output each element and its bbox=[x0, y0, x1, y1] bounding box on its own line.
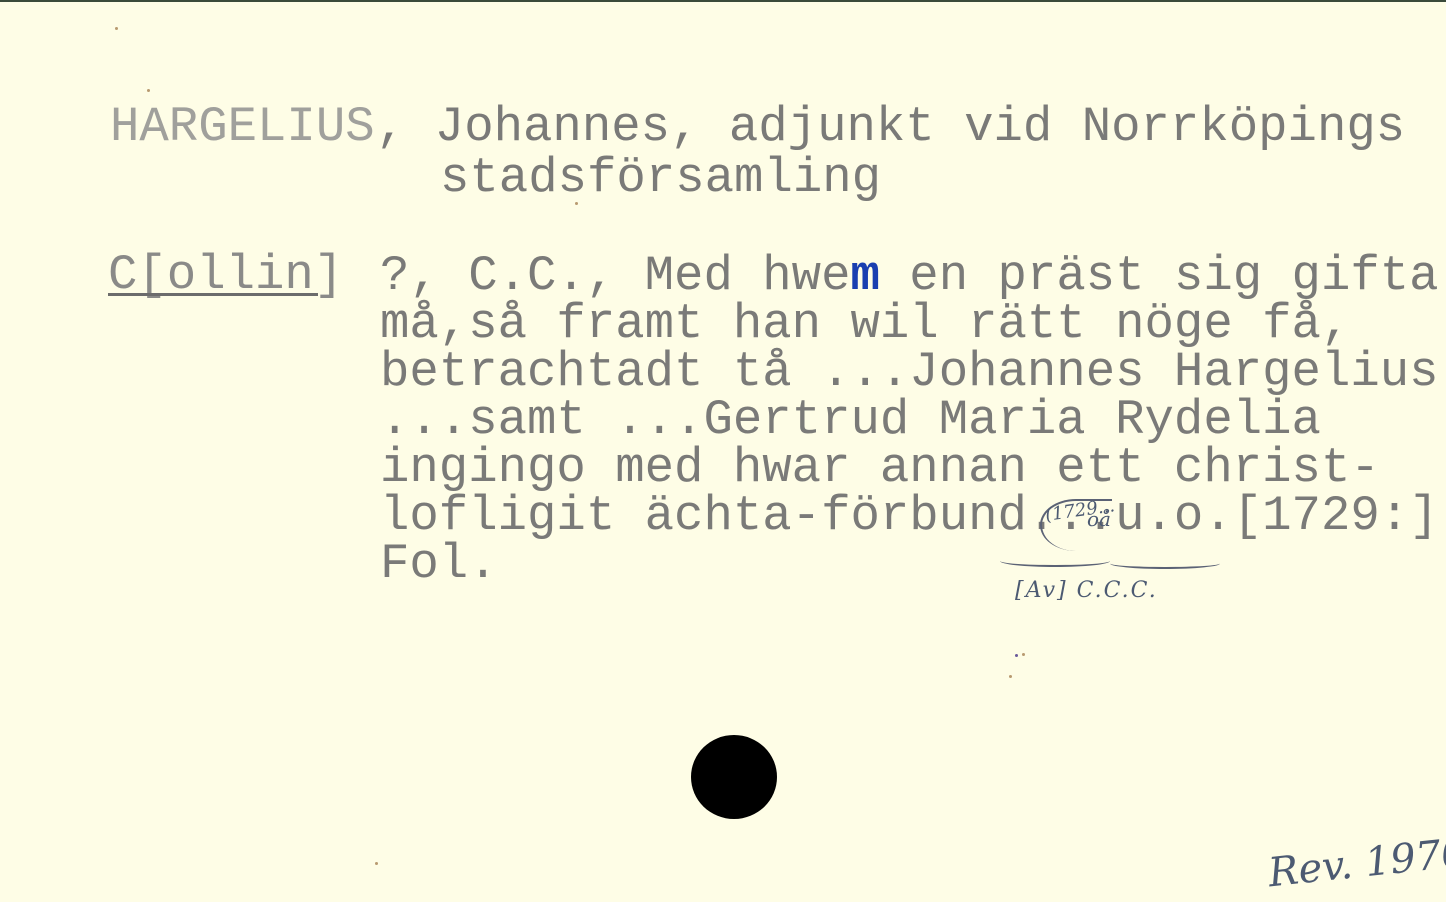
handwritten-signature: [Av] C.C.C. bbox=[1015, 578, 1158, 603]
paper-speck bbox=[1015, 654, 1018, 657]
revision-note: Rev. 1970 bbox=[1266, 830, 1446, 897]
paper-speck bbox=[147, 89, 150, 92]
author-underline bbox=[108, 293, 318, 296]
body-line-4: ...samt ...Gertrud Maria Rydelia bbox=[380, 396, 1321, 445]
paper-speck bbox=[575, 202, 578, 205]
handwritten-brace-left bbox=[1000, 555, 1110, 567]
body-line-1: ?, C.C., Med hwem en präst sig gifta bbox=[380, 252, 1439, 301]
catalog-card: HARGELIUS , Johannes, adjunkt vid Norrkö… bbox=[0, 0, 1446, 902]
paper-speck bbox=[375, 862, 378, 865]
body-line-3: betrachtadt tå ...Johannes Hargelius bbox=[380, 348, 1439, 397]
heading-name-title: , Johannes, adjunkt vid Norrköpings bbox=[376, 103, 1405, 152]
body-line-5: ingingo med hwar annan ett christ- bbox=[380, 444, 1380, 493]
heading-parish: stadsförsamling bbox=[440, 154, 881, 203]
body-line-7: Fol. bbox=[380, 540, 498, 589]
heading-surname: HARGELIUS bbox=[110, 103, 375, 152]
paper-speck bbox=[115, 27, 118, 30]
punch-hole bbox=[691, 735, 777, 819]
handwritten-oa-mark: oå bbox=[1087, 507, 1111, 531]
body-line-6: lofligit ächta-förbund...u.o.[1729:] bbox=[380, 492, 1439, 541]
body-line-2: må,så framt han wil rätt nöge få, bbox=[380, 300, 1350, 349]
handwritten-brace-right bbox=[1110, 558, 1220, 569]
paper-speck bbox=[1022, 653, 1025, 656]
paper-speck bbox=[1009, 675, 1012, 678]
